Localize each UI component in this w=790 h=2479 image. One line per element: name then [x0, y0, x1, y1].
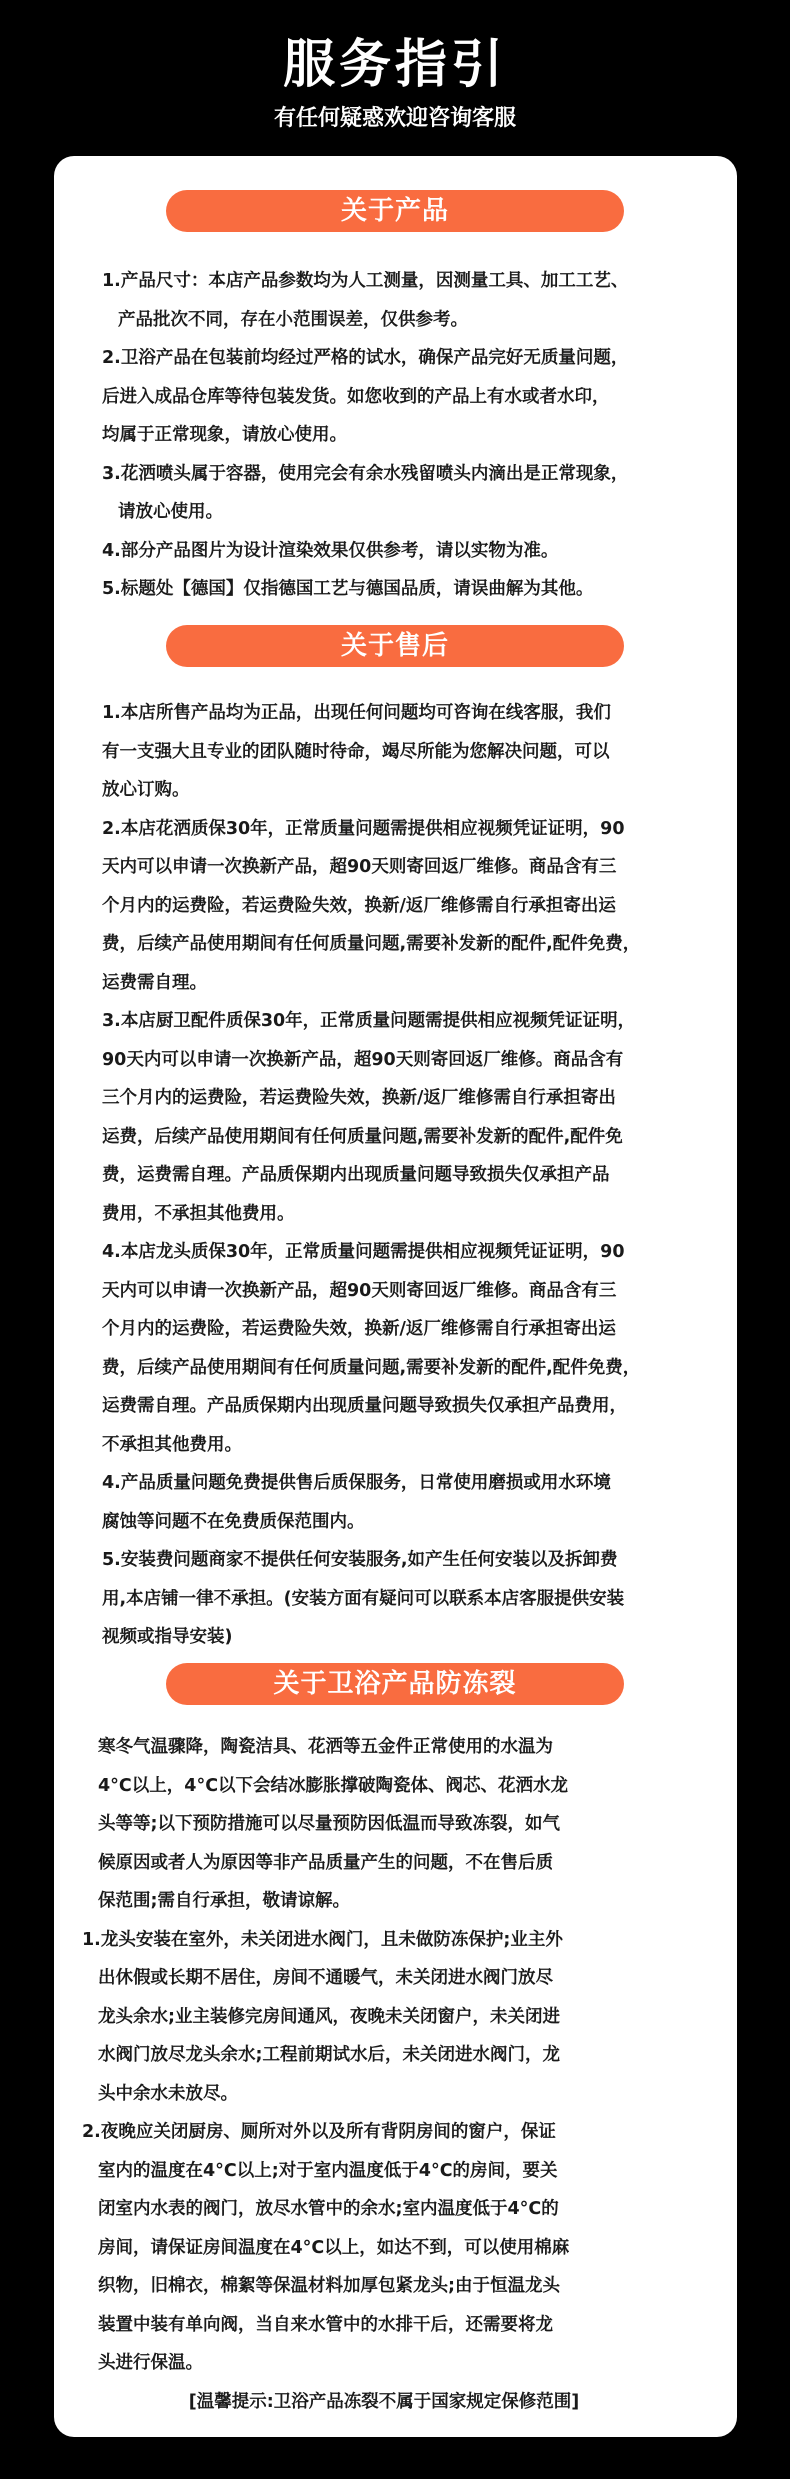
text-line: 天内可以申请一次换新产品，超90天则寄回返厂维修。商品含有三	[102, 1272, 702, 1311]
text-line: 4°C以上，4°C以下会结冰膨胀撑破陶瓷体、阀芯、花洒水龙	[98, 1767, 698, 1806]
text-line: 装置中装有单向阀，当自来水管中的水排干后，还需要将龙	[98, 2306, 698, 2345]
section-after-sales-content: 1.本店所售产品均为正品，出现任何问题均可咨询在线客服，我们 有一支强大且专业的…	[102, 694, 702, 1657]
text-line: 均属于正常现象，请放心使用。	[102, 416, 702, 455]
text-line: 3.花洒喷头属于容器，使用完会有余水残留喷头内滴出是正常现象，	[102, 455, 702, 494]
text-line: 4.产品质量问题免费提供售后质保服务，日常使用磨损或用水环境	[102, 1464, 702, 1503]
text-line: 请放心使用。	[102, 493, 702, 532]
text-line: 费用，不承担其他费用。	[102, 1195, 702, 1234]
section-header-product: 关于产品	[166, 190, 624, 232]
text-line: 三个月内的运费险，若运费险失效，换新/返厂维修需自行承担寄出	[102, 1079, 702, 1118]
text-line: 天内可以申请一次换新产品，超90天则寄回返厂维修。商品含有三	[102, 848, 702, 887]
section-antifreeze-content: 寒冬气温骤降，陶瓷洁具、花洒等五金件正常使用的水温为 4°C以上，4°C以下会结…	[98, 1728, 698, 2421]
text-line: 房间，请保证房间温度在4°C以上，如达不到，可以使用棉麻	[98, 2229, 698, 2268]
text-line: 1.产品尺寸：本店产品参数均为人工测量，因测量工具、加工工艺、	[102, 262, 702, 301]
text-line: 4.部分产品图片为设计渲染效果仅供参考，请以实物为准。	[102, 532, 702, 571]
text-line: 个月内的运费险，若运费险失效，换新/返厂维修需自行承担寄出运	[102, 1310, 702, 1349]
text-line: 腐蚀等问题不在免费质保范围内。	[102, 1503, 702, 1542]
section-product-content: 1.产品尺寸：本店产品参数均为人工测量，因测量工具、加工工艺、 产品批次不同，存…	[102, 262, 702, 609]
service-guide-card: 关于产品 1.产品尺寸：本店产品参数均为人工测量，因测量工具、加工工艺、 产品批…	[54, 156, 737, 2437]
text-line: 候原因或者人为原因等非产品质量产生的问题，不在售后质	[98, 1844, 698, 1883]
text-line: 4.本店龙头质保30年，正常质量问题需提供相应视频凭证证明，90	[102, 1233, 702, 1272]
text-line: 织物，旧棉衣，棉絮等保温材料加厚包紧龙头;由于恒温龙头	[98, 2267, 698, 2306]
text-line: 5.标题处【德国】仅指德国工艺与德国品质，请误曲解为其他。	[102, 570, 702, 609]
section-header-antifreeze: 关于卫浴产品防冻裂	[166, 1663, 624, 1705]
text-line: 出休假或长期不居住，房间不通暖气，未关闭进水阀门放尽	[98, 1959, 698, 1998]
text-line: 寒冬气温骤降，陶瓷洁具、花洒等五金件正常使用的水温为	[98, 1728, 698, 1767]
section-header-after-sales: 关于售后	[166, 625, 624, 667]
text-line: 运费，后续产品使用期间有任何质量问题,需要补发新的配件,配件免	[102, 1118, 702, 1157]
text-line: 2.卫浴产品在包装前均经过严格的试水，确保产品完好无质量问题，	[102, 339, 702, 378]
text-line: 个月内的运费险，若运费险失效，换新/返厂维修需自行承担寄出运	[102, 887, 702, 926]
text-line: 费，后续产品使用期间有任何质量问题,需要补发新的配件,配件免费，	[102, 1349, 702, 1388]
text-line: 运费需自理。	[102, 964, 702, 1003]
text-line: 5.安装费问题商家不提供任何安装服务,如产生任何安装以及拆卸费	[102, 1541, 702, 1580]
text-line: 2.本店花洒质保30年，正常质量问题需提供相应视频凭证证明，90	[102, 810, 702, 849]
text-line: 费，后续产品使用期间有任何质量问题,需要补发新的配件,配件免费，	[102, 925, 702, 964]
text-line: 头进行保温。	[98, 2344, 698, 2383]
text-line: 视频或指导安装)	[102, 1618, 702, 1657]
text-line: 头中余水未放尽。	[98, 2075, 698, 2114]
page-subtitle: 有任何疑惑欢迎咨询客服	[0, 104, 790, 134]
text-line: 有一支强大且专业的团队随时待命，竭尽所能为您解决问题，可以	[102, 733, 702, 772]
text-line: 头等等;以下预防措施可以尽量预防因低温而导致冻裂，如气	[98, 1805, 698, 1844]
text-line: 用,本店铺一律不承担。(安装方面有疑问可以联系本店客服提供安装	[102, 1580, 702, 1619]
text-line: 1.龙头安装在室外，未关闭进水阀门，且未做防冻保护;业主外	[82, 1921, 698, 1960]
text-line: 2.夜晚应关闭厨房、厕所对外以及所有背阴房间的窗户，保证	[82, 2113, 698, 2152]
text-line: 室内的温度在4°C以上;对于室内温度低于4°C的房间，要关	[98, 2152, 698, 2191]
text-line: 放心订购。	[102, 771, 702, 810]
text-line: 90天内可以申请一次换新产品，超90天则寄回返厂维修。商品含有	[102, 1041, 702, 1080]
warm-tip: [温馨提示:卫浴产品冻裂不属于国家规定保修范围]	[98, 2383, 698, 2422]
text-line: 龙头余水;业主装修完房间通风，夜晚未关闭窗户，未关闭进	[98, 1998, 698, 2037]
text-line: 运费需自理。产品质保期内出现质量问题导致损失仅承担产品费用，	[102, 1387, 702, 1426]
text-line: 1.本店所售产品均为正品，出现任何问题均可咨询在线客服，我们	[102, 694, 702, 733]
text-line: 产品批次不同，存在小范围误差，仅供参考。	[102, 301, 702, 340]
page-title: 服务指引	[0, 30, 790, 100]
text-line: 不承担其他费用。	[102, 1426, 702, 1465]
text-line: 3.本店厨卫配件质保30年，正常质量问题需提供相应视频凭证证明，	[102, 1002, 702, 1041]
text-line: 后进入成品仓库等待包装发货。如您收到的产品上有水或者水印，	[102, 378, 702, 417]
text-line: 保范围;需自行承担，敬请谅解。	[98, 1882, 698, 1921]
text-line: 水阀门放尽龙头余水;工程前期试水后，未关闭进水阀门，龙	[98, 2036, 698, 2075]
text-line: 闭室内水表的阀门，放尽水管中的余水;室内温度低于4°C的	[98, 2190, 698, 2229]
text-line: 费，运费需自理。产品质保期内出现质量问题导致损失仅承担产品	[102, 1156, 702, 1195]
